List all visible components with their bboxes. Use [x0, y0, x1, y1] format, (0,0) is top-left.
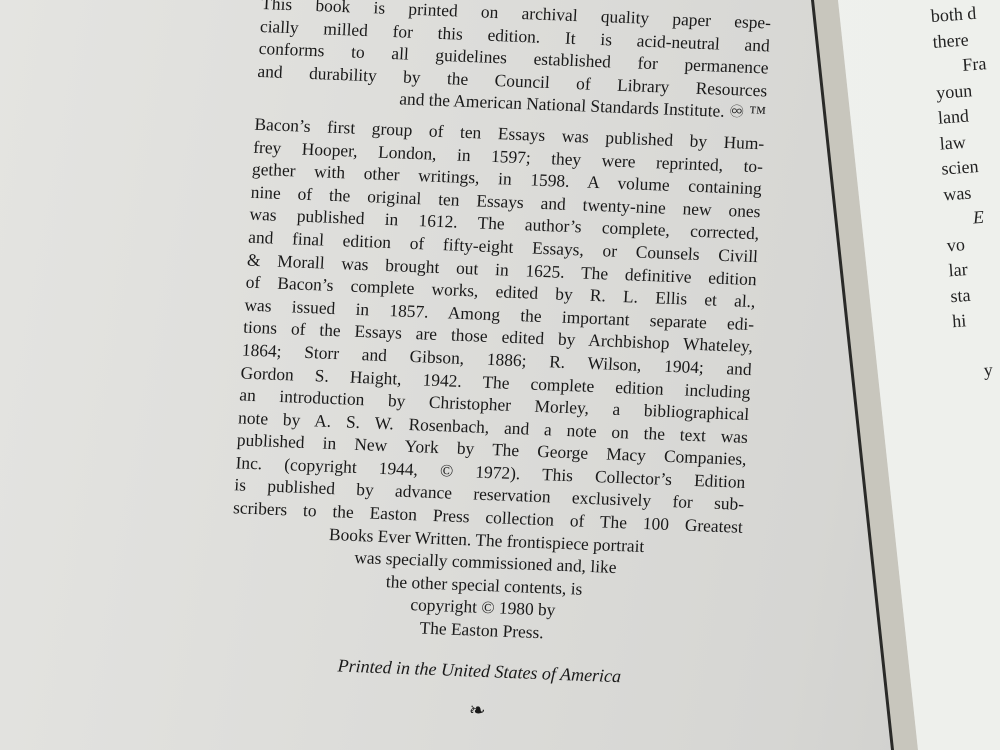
text-fragment: there — [932, 26, 986, 55]
publication-history: Bacon’s first group of ten Essays was pu… — [233, 113, 765, 539]
text-fragment: Fra — [934, 51, 988, 80]
paper-notice: This book is printed on archival quality… — [256, 0, 772, 124]
text-fragment: land — [937, 102, 991, 131]
text-fragment: both d — [930, 0, 984, 29]
text-fragment: scien — [941, 153, 995, 182]
text-fragment: y — [955, 357, 1000, 386]
copyright-notice: Books Ever Written. The frontispiece por… — [226, 519, 742, 651]
text-fragment: youn — [935, 77, 989, 106]
printed-in-notice: Printed in the United States of America — [224, 650, 735, 692]
text-fragment — [953, 331, 1000, 360]
text-fragment: was — [942, 178, 996, 207]
colophon-text: This book is printed on archival quality… — [222, 0, 772, 732]
text-fragment: lar — [948, 255, 1000, 284]
text-fragment: sta — [950, 280, 1000, 309]
text-fragment: vo — [946, 229, 1000, 258]
text-fragment: hi — [951, 306, 1000, 335]
text-fragment: law — [939, 128, 993, 157]
text-fragment: E — [944, 204, 998, 233]
